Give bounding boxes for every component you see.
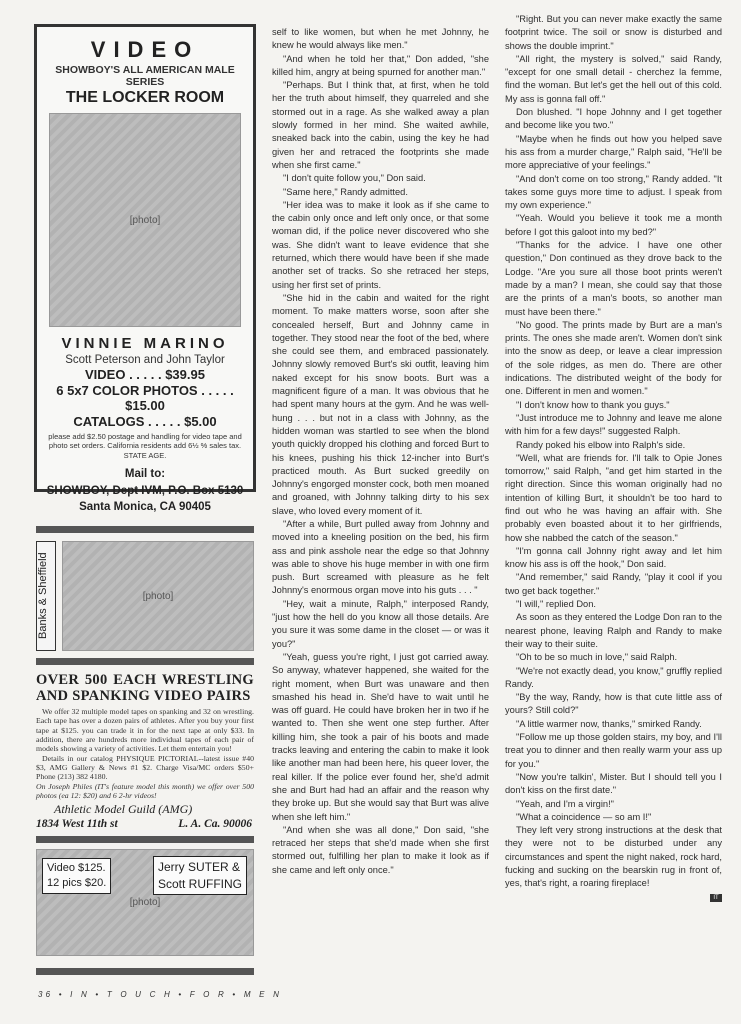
end-of-story-icon: IT [710, 894, 722, 902]
paragraph: "All right, the mystery is solved," said… [505, 53, 722, 106]
paragraph: "By the way, Randy, how is that cute lit… [505, 691, 722, 718]
divider-bar [36, 526, 254, 533]
paragraph: "Oh to be so much in love," said Ralph. [505, 651, 722, 664]
price-box: Video $125. 12 pics $20. [42, 858, 111, 894]
paragraph: "A little warmer now, thanks," smirked R… [505, 718, 722, 731]
paragraph: "Her idea was to make it look as if she … [272, 199, 489, 292]
paragraph: "I'm gonna call Johnny right away and le… [505, 545, 722, 572]
paragraph: "I don't quite follow you," Don said. [272, 172, 489, 185]
amg-ad: OVER 500 EACH WRESTLING AND SPANKING VID… [34, 673, 256, 843]
paragraph: "We're not exactly dead, you know," gruf… [505, 665, 722, 692]
ad-photo: [photo] [62, 541, 254, 651]
shipping-note: please add $2.50 postage and handling fo… [43, 432, 247, 460]
mail-address: SHOWBOY, Dept IVM, P.O. Box 5130 Santa M… [43, 484, 247, 515]
paragraph: "Right. But you can never make exactly t… [505, 13, 722, 53]
paragraph: "And when he told her that," Don added, … [272, 53, 489, 80]
paragraph: "Now you're talkin', Mister. But I shoul… [505, 771, 722, 798]
paragraph: self to like women, but when he met John… [272, 26, 489, 53]
paragraph: "Follow me up those golden stairs, my bo… [505, 731, 722, 771]
price-line: 6 5x7 COLOR PHOTOS . . . . . $15.00 [43, 383, 247, 413]
magazine-page: VIDEO SHOWBOY'S ALL AMERICAN MALE SERIES… [0, 0, 741, 1024]
divider-bar [36, 836, 254, 843]
paragraph: Randy poked his elbow into Ralph's side. [505, 439, 722, 452]
paragraph: "Thanks for the advice. I have one other… [505, 239, 722, 319]
paragraph: "Maybe when he finds out how you helped … [505, 133, 722, 173]
article-column-1: self to like women, but when he met John… [272, 26, 489, 877]
paragraph: "After a while, Burt pulled away from Jo… [272, 518, 489, 598]
paragraph: "No good. The prints made by Burt are a … [505, 319, 722, 399]
paragraph: "Yeah, guess you're right, I just got ca… [272, 651, 489, 824]
paragraph: "Hey, wait a minute, Ralph," interposed … [272, 598, 489, 651]
paragraph: "What a coincidence — so am I!" [505, 811, 722, 824]
paragraph: "Just introduce me to Johnny and leave m… [505, 412, 722, 439]
article-column-2: "Right. But you can never make exactly t… [505, 13, 722, 902]
ad-address: 1834 West 11th st L. A. Ca. 90006 [36, 818, 252, 830]
divider-bar [36, 658, 254, 665]
paragraph: "Yeah, and I'm a virgin!" [505, 798, 722, 811]
paragraph: "And don't come on too strong," Randy ad… [505, 173, 722, 213]
banks-sheffield-ad: Banks & Sheffield [photo] [34, 526, 256, 665]
ad-vertical-label: Banks & Sheffield [36, 541, 56, 651]
ad-title: VIDEO [43, 37, 247, 63]
ad-body: We offer 32 multiple model tapes on span… [36, 707, 254, 800]
paragraph: "I will," replied Don. [505, 598, 722, 611]
ad-series: SHOWBOY'S ALL AMERICAN MALE SERIES [43, 64, 247, 88]
paragraph: They left very strong instructions at th… [505, 824, 722, 890]
paragraph: "Same here," Randy admitted. [272, 186, 489, 199]
names-box: Jerry SUTER & Scott RUFFING [153, 856, 247, 894]
paragraph: Don blushed. "I hope Johnny and I get to… [505, 106, 722, 133]
paragraph: As soon as they entered the Lodge Don ra… [505, 611, 722, 651]
paragraph: "Perhaps. But I think that, at first, wh… [272, 79, 489, 172]
paragraph: "Well, what are friends for. I'll talk t… [505, 452, 722, 545]
price-line: VIDEO . . . . . $39.95 [43, 367, 247, 382]
page-folio: 36 • I N • T O U C H • F O R • M E N [38, 990, 282, 999]
paragraph: "Yeah. Would you believe it took me a mo… [505, 212, 722, 239]
suter-ruffing-ad: [photo] Video $125. 12 pics $20. Jerry S… [34, 849, 256, 975]
ad-column: VIDEO SHOWBOY'S ALL AMERICAN MALE SERIES… [34, 24, 256, 975]
mail-to-label: Mail to: [43, 468, 247, 480]
paragraph: "And when she was all done," Don said, "… [272, 824, 489, 877]
ad-photo: [photo] Video $125. 12 pics $20. Jerry S… [36, 849, 254, 956]
paragraph: "I don't know how to thank you guys." [505, 399, 722, 412]
paragraph: "She hid in the cabin and waited for the… [272, 292, 489, 518]
ad-company-name: Athletic Model Guild (AMG) [54, 802, 256, 817]
ad-photo: [photo] [49, 113, 241, 327]
model-name: VINNIE MARINO [43, 335, 247, 352]
paragraph: "And remember," said Randy, "play it coo… [505, 571, 722, 598]
ad-subtitle: THE LOCKER ROOM [43, 89, 247, 107]
price-line: CATALOGS . . . . . $5.00 [43, 414, 247, 429]
ad-headline: OVER 500 EACH WRESTLING AND SPANKING VID… [36, 673, 254, 705]
showboy-ad: VIDEO SHOWBOY'S ALL AMERICAN MALE SERIES… [34, 24, 256, 492]
costars: Scott Peterson and John Taylor [43, 354, 247, 366]
divider-bar [36, 968, 254, 975]
